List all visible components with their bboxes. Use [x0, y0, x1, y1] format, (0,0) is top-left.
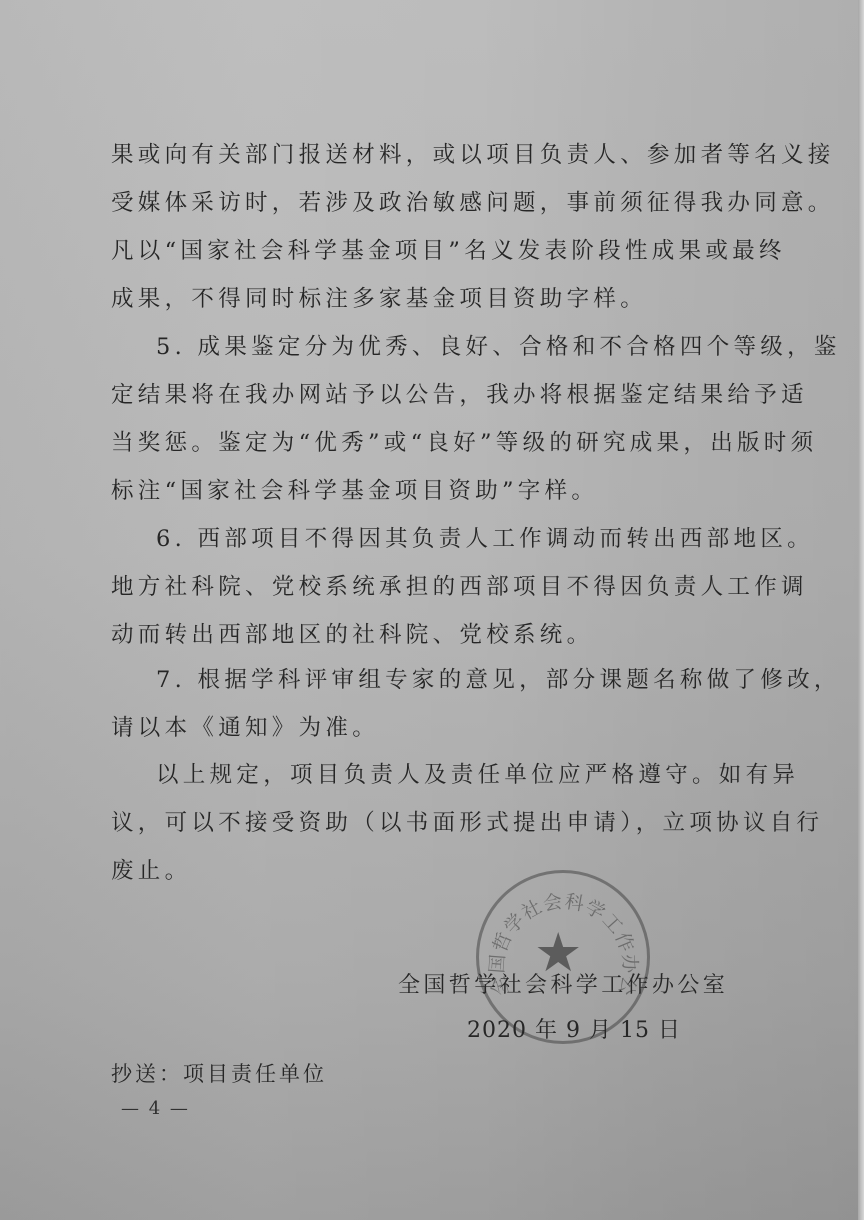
item-5-line: 5. 成果鉴定分为优秀、良好、合格和不合格四个等级，鉴 — [156, 332, 761, 362]
text-line: 成果，不得同时标注多家基金项目资助字样。 — [111, 284, 761, 314]
text-line: 受媒体采访时，若涉及政治敏感问题，事前须征得我办同意。 — [111, 188, 761, 218]
signature-organization: 全国哲学社会科学工作办公室 — [398, 968, 728, 999]
page-number: — 4 — — [121, 1098, 190, 1119]
page-edge — [858, 0, 864, 1220]
closing-line: 以上规定，项目负责人及责任单位应严格遵守。如有异 — [156, 760, 761, 790]
text-line: 议，可以不接受资助（以书面形式提出申请），立项协议自行 — [111, 808, 761, 838]
text-line: 定结果将在我办网站予以公告，我办将根据鉴定结果给予适 — [111, 380, 761, 410]
cc-line: 抄送：项目责任单位 — [111, 1058, 327, 1088]
text-line: 请以本《通知》为准。 — [111, 713, 761, 743]
text-line: 标注“国家社会科学基金项目资助”字样。 — [111, 476, 761, 506]
item-7-line: 7. 根据学科评审组专家的意见，部分课题名称做了修改， — [156, 665, 761, 695]
signature-date: 2020 年 9 月 15 日 — [467, 1013, 681, 1044]
document-page: 果或向有关部门报送材料，或以项目负责人、参加者等名义接 受媒体采访时，若涉及政治… — [0, 0, 864, 1220]
text-line: 地方社科院、党校系统承担的西部项目不得因负责人工作调 — [111, 572, 761, 602]
text-line: 动而转出西部地区的社科院、党校系统。 — [111, 620, 761, 650]
text-line: 当奖惩。鉴定为“优秀”或“良好”等级的研究成果，出版时须 — [111, 428, 761, 458]
item-6-line: 6. 西部项目不得因其负责人工作调动而转出西部地区。 — [156, 524, 761, 554]
text-line: 废止。 — [111, 856, 761, 886]
text-line: 果或向有关部门报送材料，或以项目负责人、参加者等名义接 — [111, 140, 761, 170]
text-line: 凡以“国家社会科学基金项目”名义发表阶段性成果或最终 — [111, 236, 761, 266]
